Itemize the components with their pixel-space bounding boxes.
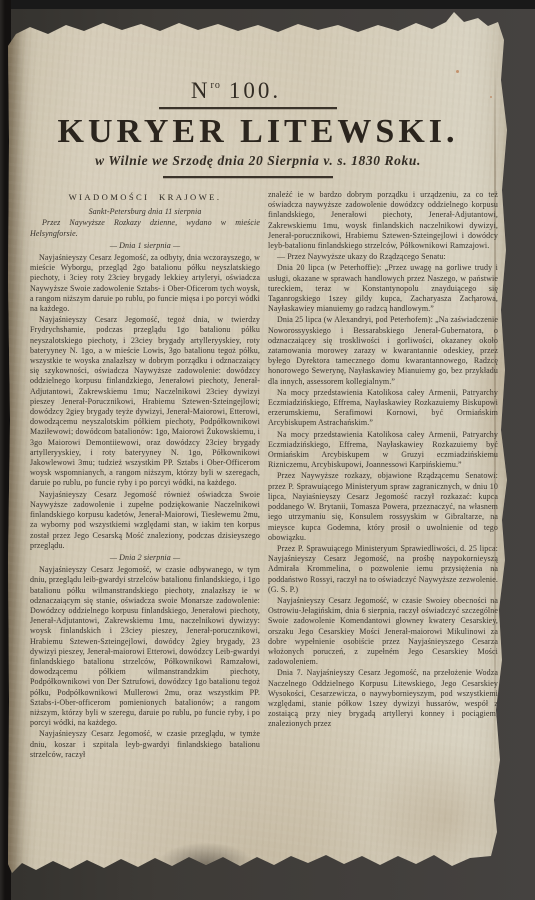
paragraph: Nayjaśnieyszy Cesarz Jegomość również oś… — [30, 490, 260, 551]
paragraph: Nayjaśnieyszy Cesarz Jegomość, w czasie … — [30, 729, 260, 760]
issue-value: 100. — [229, 78, 281, 103]
masthead-rule-top — [159, 107, 337, 109]
paragraph: znaleźć ie w bardzo dobrym porządku i ur… — [268, 190, 498, 251]
paragraph: Dnia 20 lipca (w Peterhoffie): „Przez uw… — [268, 263, 498, 314]
day-heading: — Dnia 1 sierpnia — — [30, 241, 260, 251]
paragraph: Na mocy przedstawienia Katolikosa całey … — [268, 388, 498, 429]
paragraph: Nayjaśnieyszy Cesarz Jegomość, za odbyty… — [30, 253, 260, 314]
day-heading: — Dnia 2 sierpnia — — [30, 553, 260, 563]
paragraph: — Przez Naywyższe ukazy do Rządzącego Se… — [268, 252, 498, 262]
dateline-italic: Sankt-Petersburg dnia 11 sierpnia — [30, 207, 260, 217]
issue-superscript: ro — [211, 80, 221, 91]
paragraph: Nayjaśnieyszy Cesarz Jegomość, tegoż dni… — [30, 315, 260, 488]
scan-edge-top — [0, 0, 535, 9]
paragraph: Przez P. Sprawuiącego Ministeryum Sprawi… — [268, 544, 498, 595]
issue-number: Nro100. — [0, 78, 486, 104]
paper-stain — [158, 843, 253, 869]
paragraph: Na mocy przedstawienia Katolikosa całey … — [268, 430, 498, 471]
edition-dateline: w Wilnie we Srzodę dnia 20 Sierpnia v. s… — [8, 153, 508, 169]
issue-prefix: N — [191, 78, 211, 103]
masthead-rule-bottom — [163, 176, 333, 178]
masthead: Nro100. KURYER LITEWSKI. w Wilnie we Srz… — [8, 0, 508, 178]
newspaper-page: Nro100. KURYER LITEWSKI. w Wilnie we Srz… — [8, 0, 508, 900]
right-column: znaleźć ie w bardzo dobrym porządku i ur… — [268, 190, 498, 830]
dateline-italic2: Przez Naywyższe Rozkazy dzienne, wydano … — [30, 218, 260, 238]
scan-background: Nro100. KURYER LITEWSKI. w Wilnie we Srz… — [0, 0, 535, 900]
paragraph: Nayjaśnieyszy Cesarz Jegomość, w czasie … — [30, 565, 260, 728]
newspaper-title: KURYER LITEWSKI. — [8, 113, 508, 151]
paragraph: Nayjaśnieyszy Cesarz Jegomość, w czasie … — [268, 596, 498, 667]
paragraph: Przez Naywyższe rozkazy, objawione Rządz… — [268, 471, 498, 542]
section-heading: WIADOMOŚCI KRAJOWE. — [30, 192, 260, 202]
left-column: WIADOMOŚCI KRAJOWE.Sankt-Petersburg dnia… — [30, 190, 260, 830]
paragraph: Dnia 7. Nayjaśnieyszy Cesarz Jegomość, n… — [268, 668, 498, 729]
article-columns: WIADOMOŚCI KRAJOWE.Sankt-Petersburg dnia… — [30, 190, 498, 830]
paragraph: Dnia 25 lipca (w Alexandryi, pod Peterho… — [268, 315, 498, 386]
